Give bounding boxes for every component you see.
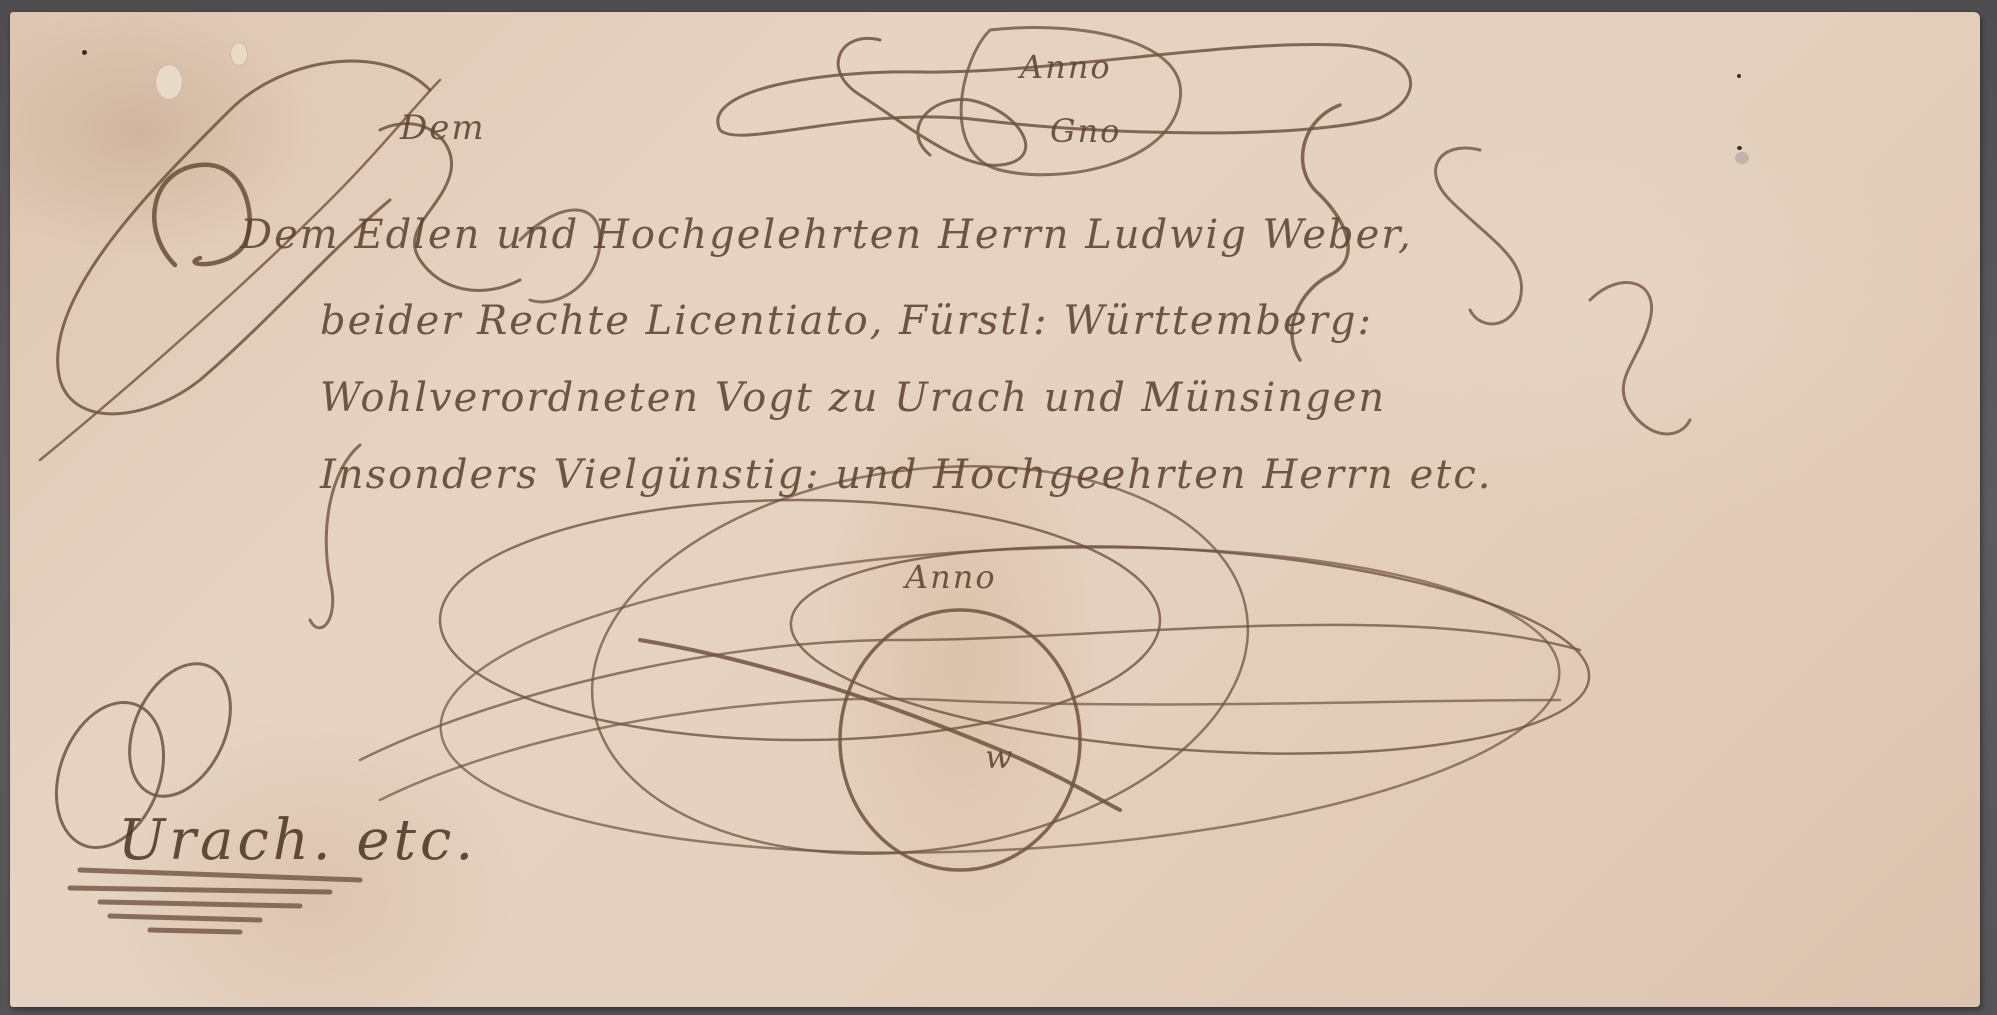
address-line-4: Insonders Vielgünstig: und Hochgeehrten … [320, 452, 1493, 498]
top-flourish-inner-loop [838, 38, 1025, 165]
urach-flourish-loop-2 [110, 648, 251, 813]
lower-flourish-oval-5 [840, 610, 1080, 870]
left-flourish-swoop [380, 124, 520, 291]
address-ascender-2 [1436, 148, 1522, 324]
salutation-text: Dem [400, 108, 486, 148]
lower-flourish-diagonal [640, 640, 1120, 810]
address-line-3: Wohlverordneten Vogt zu Urach und Münsin… [320, 375, 1386, 421]
flourish-text-middle: Anno [905, 558, 997, 596]
flourish-text-lower: w [985, 738, 1014, 776]
address-line-2: beider Rechte Licentiato, Fürstl: Württe… [320, 298, 1373, 344]
lower-flourish-oval-4 [433, 521, 1567, 879]
urach-underline-hatching [70, 870, 360, 932]
left-flourish-capital-D [154, 165, 249, 265]
flourish-text-gno: Gno [1050, 112, 1121, 150]
address-ascender-3 [1590, 283, 1690, 434]
address-line-1: Dem Edlen und Hochgelehrten Herrn Ludwig… [240, 212, 1413, 258]
destination-place: Urach. etc. [118, 808, 477, 873]
flourish-text-anno: Anno [1020, 48, 1112, 86]
